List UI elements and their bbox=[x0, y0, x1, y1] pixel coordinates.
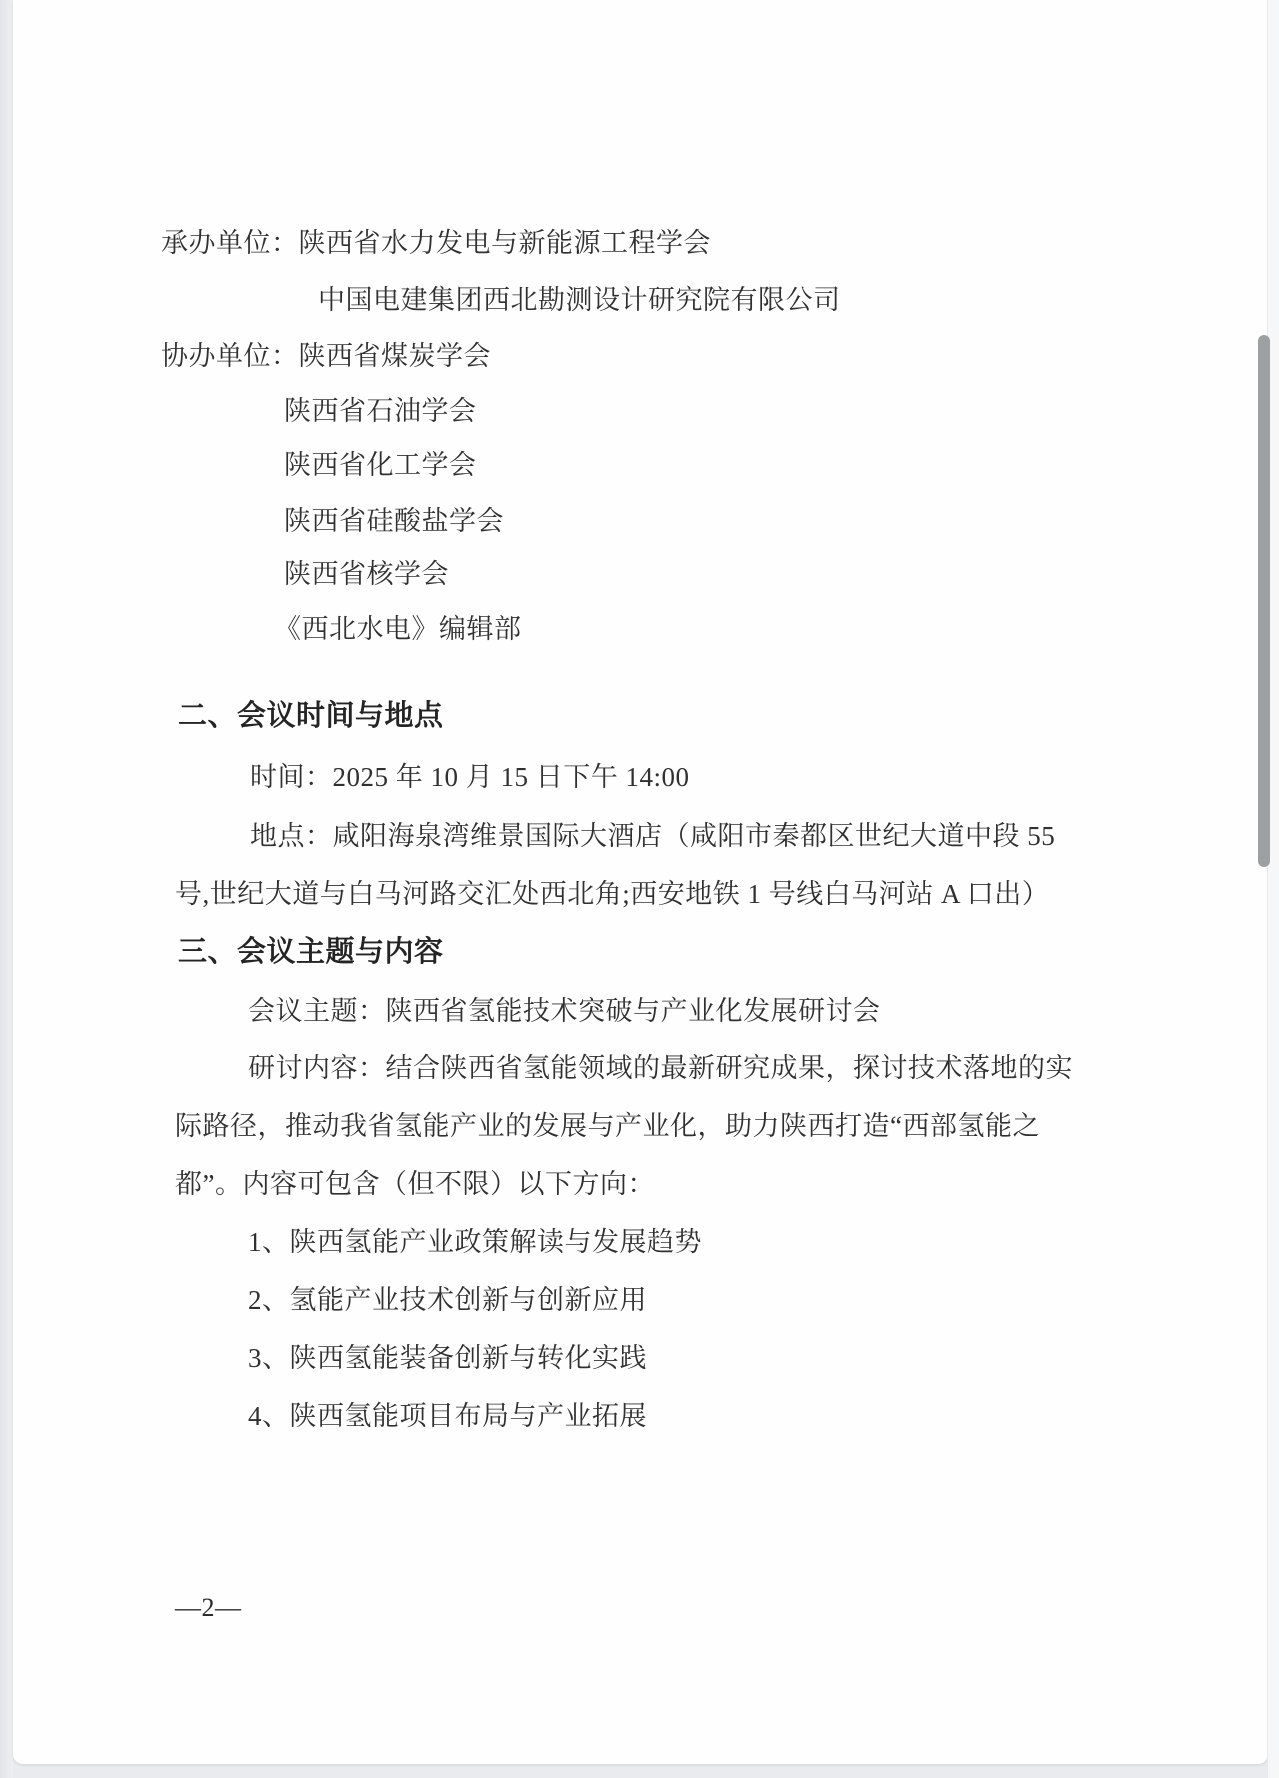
page-number: —2— bbox=[175, 1592, 242, 1624]
co-organizer-item: 陕西省化工学会 bbox=[284, 449, 477, 481]
scrollbar-track[interactable] bbox=[1267, 0, 1279, 1778]
organizer-line-2: 中国电建集团西北勘测设计研究院有限公司 bbox=[318, 284, 841, 316]
discussion-content-line-1: 研讨内容：结合陕西省氢能领域的最新研究成果，探讨技术落地的实 bbox=[248, 1052, 1073, 1084]
meeting-location-line-2: 号,世纪大道与白马河路交汇处西北角;西安地铁 1 号线白马河站 A 口出） bbox=[175, 878, 1049, 910]
meeting-time-line: 时间：2025 年 10 月 15 日下午 14:00 bbox=[250, 761, 690, 793]
discussion-content-line-2: 际路径，推动我省氢能产业的发展与产业化，助力陕西打造“西部氢能之 bbox=[175, 1110, 1040, 1142]
scrollbar-thumb[interactable] bbox=[1258, 335, 1270, 867]
document-page: 承办单位：陕西省水力发电与新能源工程学会 中国电建集团西北勘测设计研究院有限公司… bbox=[13, 0, 1268, 1764]
meeting-theme-line: 会议主题：陕西省氢能技术突破与产业化发展研讨会 bbox=[248, 995, 881, 1027]
meeting-location-line-1: 地点：咸阳海泉湾维景国际大酒店（咸阳市秦都区世纪大道中段 55 bbox=[250, 820, 1055, 852]
viewer-left-margin bbox=[0, 0, 13, 1778]
organizer-line: 承办单位：陕西省水力发电与新能源工程学会 bbox=[161, 227, 711, 259]
co-organizer-item: 《西北水电》编辑部 bbox=[274, 613, 522, 645]
co-organizer-line: 协办单位：陕西省煤炭学会 bbox=[161, 340, 491, 372]
co-organizer-item: 陕西省核学会 bbox=[284, 558, 449, 590]
section-2-heading: 二、会议时间与地点 bbox=[178, 700, 444, 732]
topic-item-4: 4、陕西氢能项目布局与产业拓展 bbox=[248, 1400, 647, 1432]
topic-item-2: 2、氢能产业技术创新与创新应用 bbox=[248, 1284, 647, 1316]
topic-item-3: 3、陕西氢能装备创新与转化实践 bbox=[248, 1342, 647, 1374]
section-3-heading: 三、会议主题与内容 bbox=[178, 936, 444, 968]
discussion-content-line-3: 都”。内容可包含（但不限）以下方向： bbox=[175, 1168, 655, 1200]
co-organizer-item: 陕西省硅酸盐学会 bbox=[284, 505, 504, 537]
topic-item-1: 1、陕西氢能产业政策解读与发展趋势 bbox=[248, 1226, 702, 1258]
co-organizer-item: 陕西省石油学会 bbox=[284, 395, 477, 427]
